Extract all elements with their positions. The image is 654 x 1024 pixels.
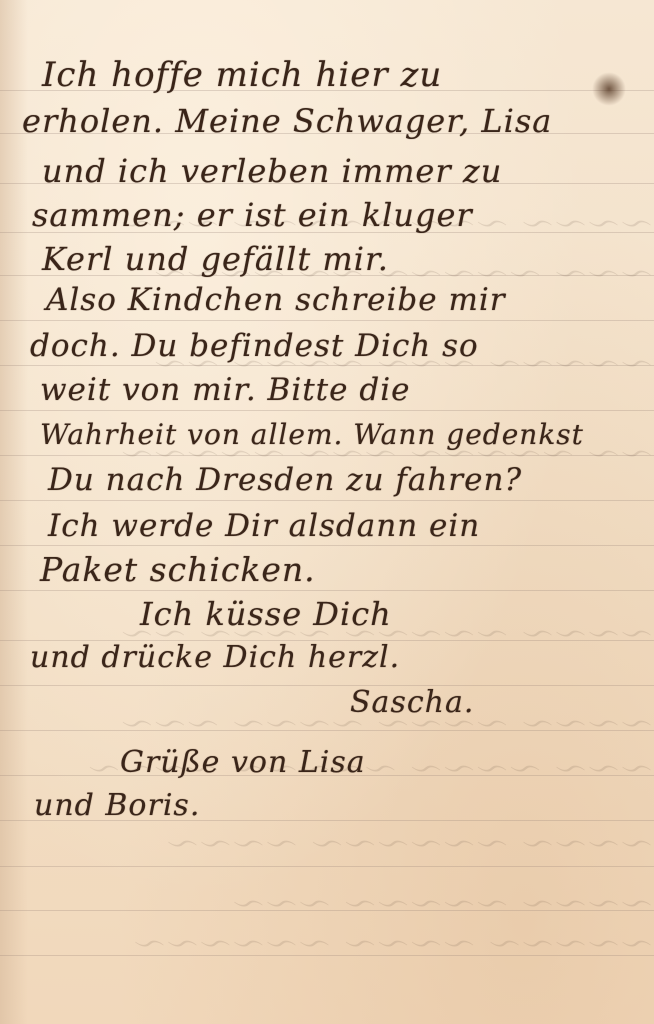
letter-line-3: und ich verleben immer zu (42, 152, 502, 190)
letter-line-11: Ich werde Dir alsdann ein (48, 508, 480, 544)
ruled-line (0, 410, 654, 411)
letter-line-10: Du nach Dresden zu fahren? (48, 462, 522, 498)
ruled-line (0, 590, 654, 591)
letter-line-9: Wahrheit von allem. Wann gedenkst (40, 418, 584, 451)
ruled-line (0, 685, 654, 686)
closing-line-2: und drücke Dich herzl. (30, 640, 400, 675)
letter-line-6: Also Kindchen schreibe mir (46, 282, 506, 318)
letter-line-1: Ich hoffe mich hier zu (42, 55, 442, 95)
ruled-line (0, 866, 654, 867)
bleed-through-text: ～～～～～ ～～～～ ～～～～～～ (0, 920, 654, 964)
closing-line-1: Ich küsse Dich (140, 595, 392, 633)
ruled-line (0, 500, 654, 501)
ruled-line (0, 320, 654, 321)
bleed-through-text: ～～～～ ～～～～～～ ～～～～ (0, 820, 654, 864)
postscript-line-2: und Boris. (34, 788, 200, 823)
letter-page: ～～～～ ～～～ ～～～～～ ～～～ ～～～ ～～～～～ ～～ ～～～～ ～～～… (0, 0, 654, 1024)
bleed-through-text: ～～～～ ～～～～ ～～～～ ～～～ (0, 700, 654, 744)
letter-line-4: sammen; er ist ein kluger (32, 196, 473, 234)
ink-stain (592, 72, 626, 106)
postscript-line-1: Grüße von Lisa (120, 745, 366, 780)
letter-line-8: weit von mir. Bitte die (40, 372, 410, 408)
paper-fold-shadow (0, 0, 28, 1024)
signature: Sascha. (350, 685, 474, 720)
ruled-line (0, 545, 654, 546)
letter-line-2: erholen. Meine Schwager, Lisa (22, 102, 552, 140)
letter-line-7: doch. Du befindest Dich so (30, 328, 479, 364)
letter-line-5: Kerl und gefällt mir. (42, 240, 389, 278)
letter-line-12: Paket schicken. (40, 550, 316, 589)
bleed-through-text: ～～～～ ～～～～～ ～～～ (0, 880, 654, 924)
